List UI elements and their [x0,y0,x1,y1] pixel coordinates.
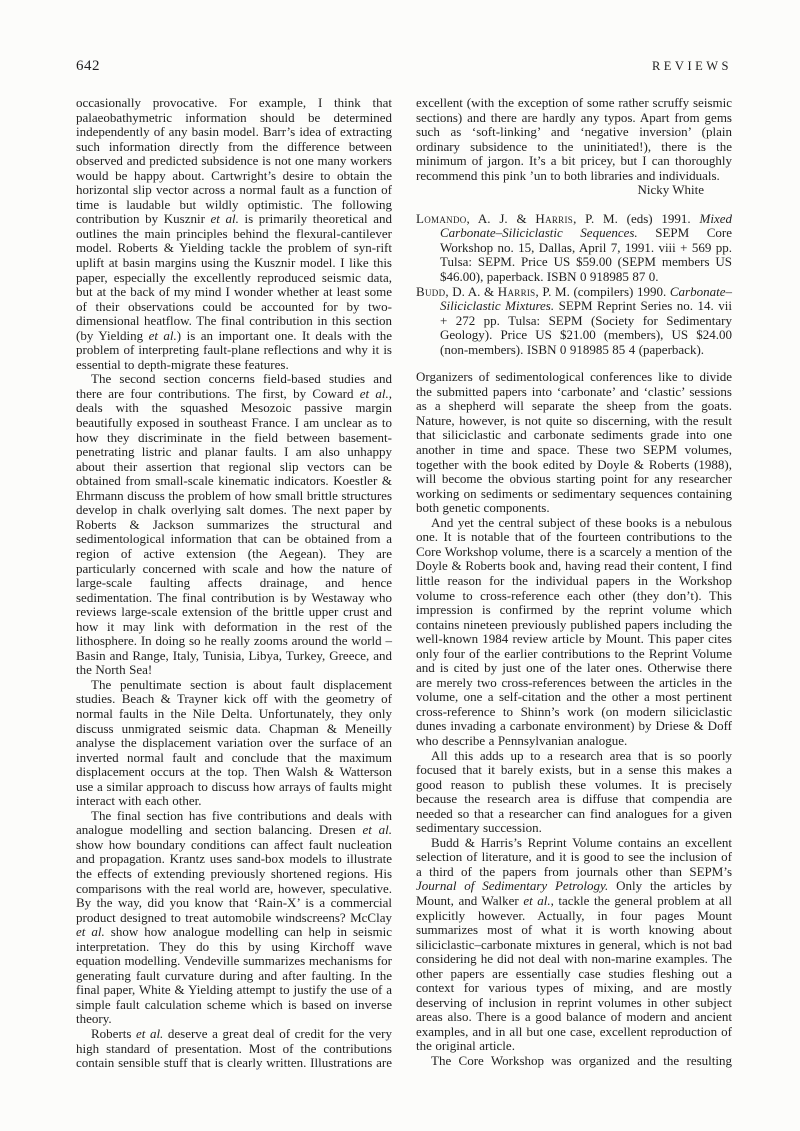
book-reference-list: Lomando, A. J. & Harris, P. M. (eds) 199… [416,212,732,357]
left-column: occasionally provocative. For example, I… [76,96,392,1071]
paragraph-credit: Roberts et al. deserve a great deal of c… [76,1027,392,1071]
paragraph-review-continuation: occasionally provocative. For example, I… [76,96,392,372]
journal-page: 642 REVIEWS occasionally provocative. Fo… [0,0,800,1131]
paragraph-organizers: Organizers of sedimentological conferenc… [416,370,732,515]
paragraph-penultimate-section: The penultimate section is about fault d… [76,678,392,809]
paragraph-research-area: All this adds up to a research area that… [416,749,732,836]
page-number: 642 [76,58,100,75]
paragraph-core-workshop: The Core Workshop was organized and the … [416,1054,732,1069]
page-header: 642 REVIEWS [76,58,732,75]
running-head-reviews: REVIEWS [652,59,732,74]
paragraph-second-section: The second section concerns field-based … [76,372,392,677]
paragraph-reprint-volume: Budd & Harris’s Reprint Volume contains … [416,836,732,1054]
reference-entry-budd-harris: Budd, D. A. & Harris, P. M. (compilers) … [416,285,732,358]
reference-entry-lomando-harris: Lomando, A. J. & Harris, P. M. (eds) 199… [416,212,732,285]
paragraph-review-end: excellent (with the exception of some ra… [416,96,732,183]
reviewer-signature: Nicky White [416,183,732,198]
text-columns: occasionally provocative. For example, I… [76,96,732,1071]
paragraph-final-section: The final section has five contributions… [76,809,392,1027]
right-column: excellent (with the exception of some ra… [416,96,732,1071]
paragraph-central-subject: And yet the central subject of these boo… [416,516,732,749]
